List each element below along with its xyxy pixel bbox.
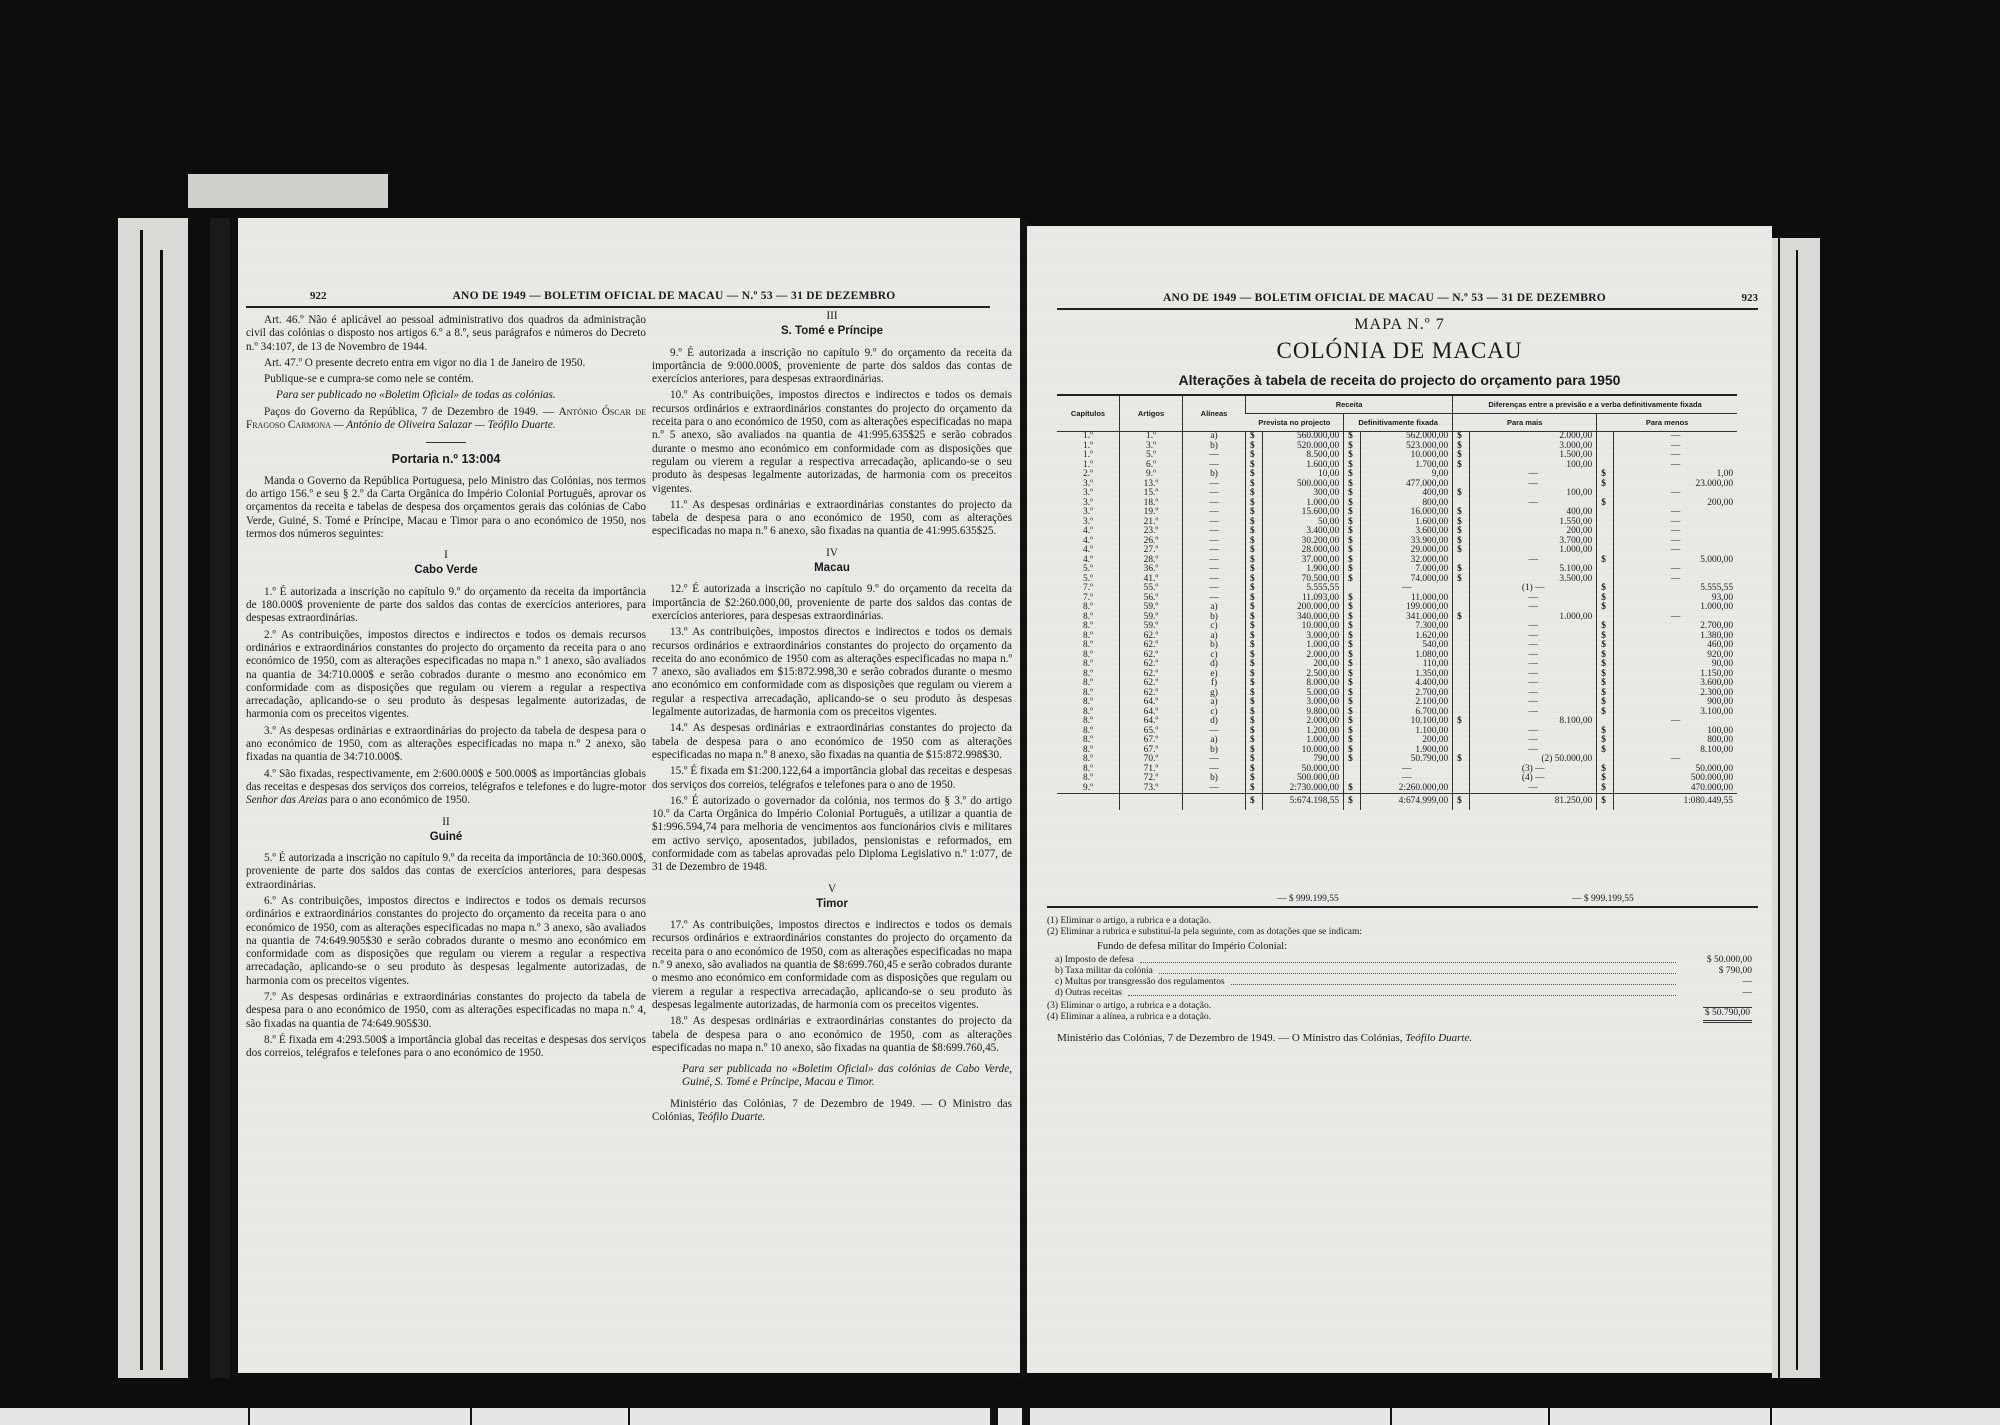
currency-sign — [1453, 784, 1470, 794]
section-number: I — [246, 549, 646, 562]
cell-def: 2:260.000,00 — [1361, 784, 1453, 794]
header-rule — [246, 306, 990, 308]
table-row: 8.º67.ºa)$1.000,00$200,00—$800,00 — [1057, 736, 1737, 746]
total-prev: 5:674.198,55 — [1263, 794, 1344, 810]
footnotes: (1) Eliminar o artigo, a rubrica e a dot… — [1047, 916, 1752, 1044]
currency-sign — [1453, 698, 1470, 708]
table-row: 8.º64.ºa)$3.000,00$2.100,00—$900,00 — [1057, 698, 1737, 708]
ruler-tick — [990, 1408, 998, 1425]
table-row: 8.º64.ºd)$2.000,00$10.100,00$8.100,00— — [1057, 717, 1737, 727]
left-page: 922 ANO DE 1949 — BOLETIM OFICIAL DE MAC… — [238, 218, 1020, 1373]
col-artigos: Artigos — [1120, 395, 1183, 432]
diferencas-difference: — $ 999.199,55 — [1572, 894, 1634, 904]
currency-sign: $ — [1344, 784, 1361, 794]
currency-sign — [1453, 660, 1470, 670]
table-row: 2.º9.ºb)$10,00$9,00—$1,00 — [1057, 470, 1737, 480]
mapa-subtitle: Alterações à tabela de receita do projec… — [1027, 372, 1772, 388]
footnote-2: (2) Eliminar a rubrica e substituí-la pe… — [1047, 927, 1752, 938]
currency-sign — [1453, 641, 1470, 651]
signature-block: Paços do Governo da República, 7 de Deze… — [246, 406, 646, 433]
ruler-tick — [248, 1408, 250, 1425]
ruler-tick — [1390, 1408, 1392, 1425]
table-row: 8.º62.ºe)$2.500,00$1.350,00—$1.150,00 — [1057, 670, 1737, 680]
currency-sign: $ — [1597, 480, 1614, 490]
total-menos: 1:080.449,55 — [1614, 794, 1737, 810]
currency-sign — [1597, 518, 1614, 528]
publique-line: Publique-se e cumpra-se como nele se con… — [246, 373, 646, 386]
col-para-mais: Para mais — [1453, 414, 1597, 432]
page-header: ANO DE 1949 — BOLETIM OFICIAL DE MACAU —… — [1057, 292, 1712, 304]
currency-sign — [1453, 670, 1470, 680]
table-row: 8.º67.ºb)$10.000,00$1.900,00—$8.100,00 — [1057, 746, 1737, 756]
fundo-item: b) Taxa militar da colónia$ 790,00 — [1055, 966, 1752, 977]
page-edge-line — [160, 250, 163, 1370]
section-number: II — [246, 816, 646, 829]
cell-menos: 470.000,00 — [1614, 784, 1737, 794]
currency-sign — [1453, 651, 1470, 661]
paragraph: 5.º É autorizada a inscrição no capítulo… — [246, 852, 646, 892]
book-page-edges — [188, 174, 388, 208]
currency-sign: $ — [1597, 499, 1614, 509]
page-edge-line — [1778, 238, 1780, 1378]
currency-sign: $ — [1453, 489, 1470, 499]
table-row: 8.º62.ºd)$200,00$110,00—$90,00 — [1057, 660, 1737, 670]
paragraph: 17.º As contribuições, impostos directos… — [652, 919, 1012, 1012]
currency-sign: $ — [1597, 556, 1614, 566]
cell-prev: 2:730.000,00 — [1263, 784, 1344, 794]
cell-prev: 560.000,00 — [1263, 432, 1344, 442]
page-edge-line — [210, 218, 230, 1378]
section-title: Guiné — [246, 831, 646, 844]
paragraph: 12.º É autorizada a inscrição no capítul… — [652, 583, 1012, 623]
currency-sign: $ — [1453, 575, 1470, 585]
right-page: ANO DE 1949 — BOLETIM OFICIAL DE MACAU —… — [1027, 226, 1772, 1373]
paragraph: 6.º As contribuições, impostos directos … — [246, 895, 646, 988]
article-47: Art. 47.º O presente decreto entra em vi… — [246, 357, 646, 370]
table-row: 9.º73.º—$2:730.000,00$2:260.000,00—$470.… — [1057, 784, 1737, 794]
publication-note: Para ser publicada no «Boletim Oficial» … — [652, 1063, 1012, 1090]
table-row: 8.º59.ºa)$200.000,00$199.000,00—$1.000,0… — [1057, 603, 1737, 613]
currency-sign: $ — [1597, 746, 1614, 756]
currency-sign — [1453, 632, 1470, 642]
mapa-number: MAPA N.º 7 — [1027, 316, 1772, 334]
currency-sign: $ — [1597, 708, 1614, 718]
table-row: 8.º70.º—$790,00$50.790,00$(2) 50.000,00— — [1057, 755, 1737, 765]
currency-sign: $ — [1453, 613, 1470, 623]
currency-sign — [1453, 594, 1470, 604]
text-column-2: III S. Tomé e Príncipe 9.º É autorizada … — [652, 310, 1012, 1127]
fundo-title: Fundo de defesa militar do Império Colon… — [1047, 941, 1752, 952]
paragraph: 16.º É autorizado o governador da colóni… — [652, 795, 1012, 875]
currency-sign — [1597, 537, 1614, 547]
currency-sign — [1453, 679, 1470, 689]
table-row: 4.º23.º—$3.400,00$3.600,00$200,00— — [1057, 527, 1737, 537]
currency-sign: $ — [1453, 717, 1470, 727]
currency-sign — [1453, 736, 1470, 746]
section-divider — [426, 442, 466, 443]
table-row: 4.º26.º—$30.200,00$33.900,00$3.700,00— — [1057, 537, 1737, 547]
paragraph: 8.º É fixada em 4:293.500$ a importância… — [246, 1034, 646, 1061]
currency-sign — [1597, 527, 1614, 537]
page-edge-line — [1796, 250, 1798, 1370]
table-row: 8.º62.ºg)$5.000,00$2.700,00—$2.300,00 — [1057, 689, 1737, 699]
currency-sign: $ — [1453, 546, 1470, 556]
paragraph: 14.º As despesas ordinárias e extraordin… — [652, 722, 1012, 762]
table-row: 3.º19.º—$15.600,00$16.000,00$400,00— — [1057, 508, 1737, 518]
page-number: 922 — [310, 290, 327, 302]
paragraph: 1.º É autorizada a inscrição no capítulo… — [246, 586, 646, 626]
cell-mais: 2.000,00 — [1470, 432, 1597, 442]
page-edge-line — [232, 218, 235, 1378]
footnote-4: (4) Eliminar a alínea, a rubrica e a dot… — [1047, 1012, 1211, 1023]
col-capitulos: Capítulos — [1057, 395, 1120, 432]
paragraph: 3.º As despesas ordinárias e extraordiná… — [246, 725, 646, 765]
fundo-total: $ 50.790,00 — [1703, 1007, 1752, 1023]
table-row: 8.º62.ºb)$1.000,00$540,00—$460,00 — [1057, 641, 1737, 651]
currency-sign — [1453, 584, 1470, 594]
section-title: Cabo Verde — [246, 564, 646, 577]
currency-sign — [1453, 727, 1470, 737]
table-row: 8.º62.ºc)$2.000,00$1.080,00—$920,00 — [1057, 651, 1737, 661]
table-row: 3.º18.º—$1.000,00$800,00—$200,00 — [1057, 499, 1737, 509]
table-row: 8.º71.º—$50.000,00—(3) —$50.000,00 — [1057, 765, 1737, 775]
table-row: 4.º27.º—$28.000,00$29.000,00$1.000,00— — [1057, 546, 1737, 556]
cell-menos: — — [1614, 432, 1737, 442]
fundo-items: a) Imposto de defesa$ 50.000,00b) Taxa m… — [1047, 955, 1752, 999]
col-receita: Receita — [1246, 395, 1453, 414]
col-definitiva: Definitivamente fixada — [1344, 414, 1453, 432]
portaria-title: Portaria n.º 13:004 — [246, 453, 646, 466]
text-column-1: Art. 46.º Não é aplicável ao pessoal adm… — [246, 314, 646, 1064]
table-row: 5.º36.º—$1.900,00$7.000,00$5.100,00— — [1057, 565, 1737, 575]
ministerio-signature: Ministério das Colónias, 7 de Dezembro d… — [652, 1098, 1012, 1125]
paragraph: 2.º As contribuições, impostos directos … — [246, 629, 646, 722]
cell-al: a) — [1183, 432, 1246, 442]
table-row: 8.º62.ºf)$8.000,00$4.400,00—$3.600,00 — [1057, 679, 1737, 689]
table-row: 1.º3.ºb)$520.000,00$523.000,00$3.000,00— — [1057, 442, 1737, 452]
table-row: 7.º56.º—$11.093,00$11.000,00—$93,00 — [1057, 594, 1737, 604]
fundo-item: a) Imposto de defesa$ 50.000,00 — [1055, 955, 1752, 966]
cell-def: 562.000,00 — [1361, 432, 1453, 442]
currency-sign: $ — [1453, 755, 1470, 765]
currency-sign: $ — [1344, 755, 1361, 765]
paragraph: 10.º As contribuições, impostos directos… — [652, 389, 1012, 495]
page-header: ANO DE 1949 — BOLETIM OFICIAL DE MACAU —… — [338, 290, 1010, 302]
col-prevista: Prevista no projecto — [1246, 414, 1344, 432]
cell-mais: — — [1470, 784, 1597, 794]
paragraph: 9.º É autorizada a inscrição no capítulo… — [652, 347, 1012, 387]
currency-sign: $ — [1453, 432, 1470, 442]
book-page-edges — [118, 218, 188, 1378]
total-mais: 81.250,00 — [1470, 794, 1597, 810]
table-row: 8.º62.ºa)$3.000,00$1.620,00—$1.380,00 — [1057, 632, 1737, 642]
currency-sign: $ — [1344, 794, 1361, 810]
cell-cap: 1.º — [1057, 432, 1120, 442]
currency-sign — [1597, 432, 1614, 442]
section-title: S. Tomé e Príncipe — [652, 325, 1012, 338]
fundo-item: d) Outras receitas— — [1055, 988, 1752, 999]
section-title: Macau — [652, 562, 1012, 575]
paragraph: 13.º As contribuições, impostos directos… — [652, 626, 1012, 719]
receita-difference: — $ 999.199,55 — [1277, 894, 1339, 904]
currency-sign — [1453, 774, 1470, 784]
table-row: 7.º55.º—$5.555,55—(1) —$5.555,55 — [1057, 584, 1737, 594]
table-row: 1.º1.ºa)$560.000,00$562.000,00$2.000,00— — [1057, 432, 1737, 442]
colony-title: COLÓNIA DE MACAU — [1027, 338, 1772, 364]
publication-note: Para ser publicado no «Boletim Oficial» … — [246, 389, 646, 402]
currency-sign: $ — [1453, 461, 1470, 471]
paragraph: 4.º São fixadas, respectivamente, em 2:6… — [246, 768, 646, 808]
table-row: 5.º41.º—$70.500,00$74.000,00$3.500,00— — [1057, 575, 1737, 585]
currency-sign — [1597, 451, 1614, 461]
currency-sign — [1453, 470, 1470, 480]
table-row: 3.º21.º—$50,00$1.600,00$1.550,00— — [1057, 518, 1737, 528]
ruler-tick — [1022, 1408, 1030, 1425]
table-row: 8.º65.º—$1.200,00$1.100,00—$100,00 — [1057, 727, 1737, 737]
currency-sign — [1597, 508, 1614, 518]
paragraph: 18.º As despesas ordinárias e extraordin… — [652, 1015, 1012, 1055]
table-row: 8.º64.ºc)$9.800,00$6.700,00—$3.100,00 — [1057, 708, 1737, 718]
section-number: IV — [652, 547, 1012, 560]
fundo-item: c) Multas por transgressão dos regulamen… — [1055, 977, 1752, 988]
currency-sign: $ — [1453, 794, 1470, 810]
header-rule — [1057, 308, 1758, 310]
table-row: 1.º5.º—$8.500,00$10.000,00$1.500,00— — [1057, 451, 1737, 461]
table-row: 3.º15.º—$300,00$400,00$100,00— — [1057, 489, 1737, 499]
currency-sign: $ — [1597, 603, 1614, 613]
mapa-table: Capítulos Artigos Alíneas Receita Difere… — [1057, 394, 1737, 810]
table-row: 4.º28.º—$37.000,00$32.000,00—$5.000,00 — [1057, 556, 1737, 566]
table-row: 8.º59.ºb)$340.000,00$341.000,00$1.000,00… — [1057, 613, 1737, 623]
ruler-tick — [1770, 1408, 1772, 1425]
ruler-tick — [1548, 1408, 1550, 1425]
table-row: 8.º72.ºb)$500.000,00—(4) —$500.000,00 — [1057, 774, 1737, 784]
section-number: III — [652, 310, 1012, 323]
currency-sign: $ — [1597, 784, 1614, 794]
paragraph: 15.º É fixada em $1:200.122,64 a importâ… — [652, 765, 1012, 792]
ministerio-signature: Ministério das Colónias, 7 de Dezembro d… — [1047, 1033, 1752, 1044]
cell-art: 1.º — [1120, 432, 1183, 442]
table-row: 1.º6.º—$1.600,00$1.700,00$100,00— — [1057, 461, 1737, 471]
currency-sign — [1453, 689, 1470, 699]
currency-sign: $ — [1597, 794, 1614, 810]
paragraph: 11.º As despesas ordinárias e extraordin… — [652, 499, 1012, 539]
currency-sign: $ — [1246, 784, 1263, 794]
cell-art: 73.º — [1120, 784, 1183, 794]
currency-sign: $ — [1246, 794, 1263, 810]
currency-sign: $ — [1246, 432, 1263, 442]
book-bottom-shadow — [140, 1378, 1770, 1408]
article-46: Art. 46.º Não é aplicável ao pessoal adm… — [246, 314, 646, 354]
table-row: 3.º13.º—$500.000,00$477.000,00—$23.000,0… — [1057, 480, 1737, 490]
portaria-intro: Manda o Governo da República Portuguesa,… — [246, 475, 646, 541]
paragraph: 7.º As despesas ordinárias e extraordiná… — [246, 991, 646, 1031]
totals-row: $5:674.198,55$4:674.999,00$81.250,00$1:0… — [1057, 794, 1737, 810]
mapa-table-body: 1.º1.ºa)$560.000,00$562.000,00$2.000,00—… — [1057, 432, 1737, 810]
measurement-ruler — [0, 1408, 2000, 1425]
page-edge-line — [140, 230, 143, 1370]
currency-sign — [1344, 765, 1361, 775]
ruler-tick — [470, 1408, 472, 1425]
footnote-1: (1) Eliminar o artigo, a rubrica e a dot… — [1047, 916, 1752, 927]
col-para-menos: Para menos — [1597, 414, 1737, 432]
currency-sign — [1453, 622, 1470, 632]
footnote-3: (3) Eliminar o artigo, a rubrica e a dot… — [1047, 1001, 1211, 1012]
cell-cap: 9.º — [1057, 784, 1120, 794]
col-alineas: Alíneas — [1183, 395, 1246, 432]
total-def: 4:674.999,00 — [1361, 794, 1453, 810]
table-row: 8.º59.ºc)$10.000,00$7.300,00—$2.700,00 — [1057, 622, 1737, 632]
currency-sign: $ — [1344, 575, 1361, 585]
currency-sign — [1597, 442, 1614, 452]
currency-sign — [1597, 565, 1614, 575]
currency-sign — [1453, 765, 1470, 775]
ruler-tick — [628, 1408, 630, 1425]
cell-al: — — [1183, 784, 1246, 794]
section-number: V — [652, 883, 1012, 896]
section-title: Timor — [652, 898, 1012, 911]
currency-sign: $ — [1344, 432, 1361, 442]
table-bottom-rule — [1047, 906, 1758, 908]
col-diferencas: Diferenças entre a previsão e a verba de… — [1453, 395, 1737, 414]
page-number: 923 — [1742, 292, 1759, 304]
